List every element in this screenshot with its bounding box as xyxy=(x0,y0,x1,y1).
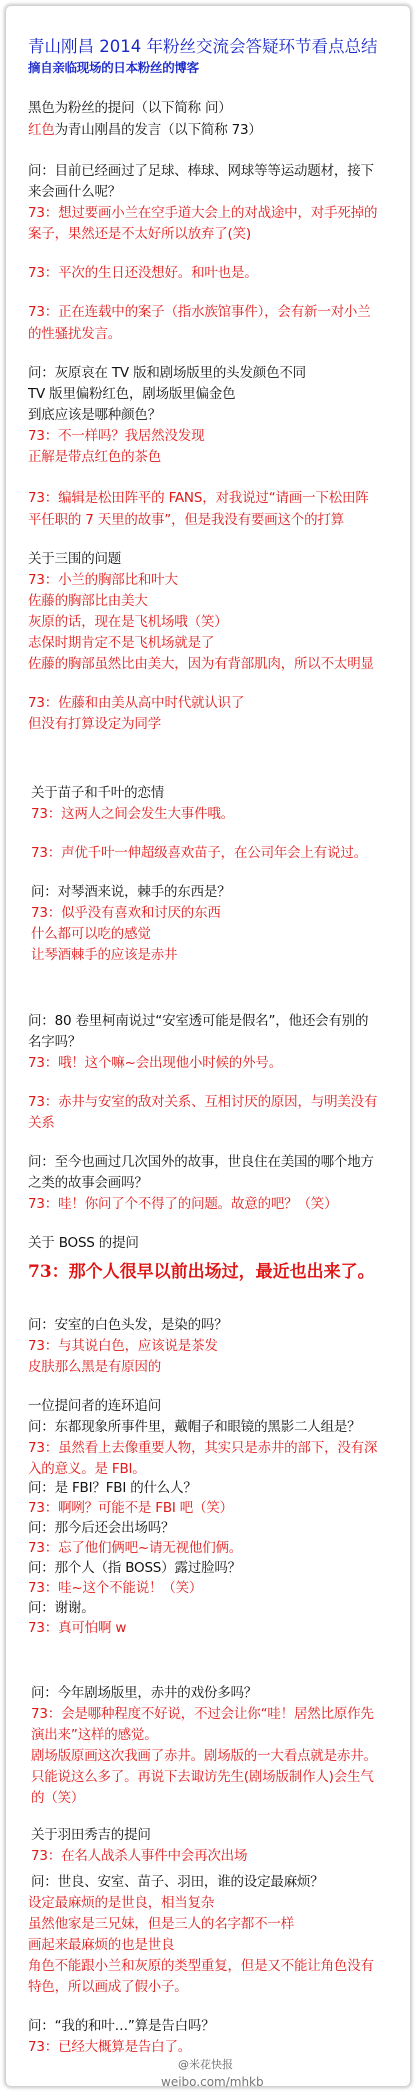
fan-question-line: 之类的故事会画吗？ xyxy=(28,1173,148,1193)
fan-question-line: 问：今年剧场版里，赤井的戏份多吗？ xyxy=(31,1683,257,1703)
fan-question-line: 问：谢谢。 xyxy=(28,1598,95,1618)
author-answer-line: 角色不能跟小兰和灰原的类型重复，但是又不能让角色没有 xyxy=(28,1956,374,1976)
fan-question-line: 问：80 卷里柯南说过“安室透可能是假名”，他还会有别的 xyxy=(28,1011,368,1031)
fan-question-line: 问：那今后还会出场吗？ xyxy=(28,1518,174,1538)
author-answer-line: 73：在名人战杀人事件中会再次出场 xyxy=(31,1846,247,1866)
author-answer-line: 画起来最麻烦的也是世良 xyxy=(28,1935,174,1955)
fan-question-line: 问：“我的和叶…”算是告白吗？ xyxy=(28,2016,215,2036)
legend-red-desc: 为青山刚昌的发言（以下简称 73） xyxy=(55,122,262,138)
author-answer-line: 73：平次的生日还没想好。和叶也是。 xyxy=(28,263,258,283)
author-answer-line: 73：哦！这个嘛~会出现他小时候的外号。 xyxy=(28,1053,282,1073)
fan-question-line: 问：那个人（指 BOSS）露过脸吗？ xyxy=(28,1558,241,1578)
fan-question-line: 名字吗？ xyxy=(28,1032,81,1052)
author-answer-line: 73：真可怕啊 w xyxy=(28,1618,126,1638)
author-answer-line: 入的意义。是 FBI。 xyxy=(28,1459,146,1479)
legend-red-label: 红色 xyxy=(28,122,55,138)
author-answer-line: 73：似乎没有喜欢和讨厌的东西 xyxy=(31,903,221,923)
author-answer-line: 73：正在连载中的案子（指水族馆事件），会有新一对小兰 xyxy=(28,302,371,322)
author-answer-line: 剧场版原画这次我画了赤井。剧场版的一大看点就是赤井。 xyxy=(31,1746,377,1766)
author-answer-line: 只能说这么多了。再说下去诹访先生(剧场版制作人)会生气 xyxy=(31,1767,374,1787)
fan-question-line: 问：是 FBI？FBI 的什么人？ xyxy=(28,1478,197,1498)
author-answer-line: 平任职的 7 天里的故事”，但是我没有要画这个的打算 xyxy=(28,510,344,530)
author-answer-line: 演出来”这样的感觉。 xyxy=(31,1725,158,1745)
fan-question-line: 来会画什么呢？ xyxy=(28,182,121,202)
author-answer-line: 皮肤那么黑是有原因的 xyxy=(28,1357,161,1377)
author-answer-line: 73：哇！你问了个不得了的问题。故意的吧？（笑） xyxy=(28,1194,337,1214)
fan-question-line: 关于 BOSS 的提问 xyxy=(28,1233,139,1253)
author-answer-line: 73：声优千叶一伸超级喜欢苗子，在公司年会上有说过。 xyxy=(31,843,367,863)
legend-red: 红色为青山刚昌的发言（以下简称 73） xyxy=(28,120,262,140)
watermark-handle: @米花快报 xyxy=(178,2056,233,2072)
author-answer-line: 灰原的话，现在是飞机场哦（笑） xyxy=(28,612,228,632)
fan-question-line: 问：东都现象所事件里，戴帽子和眼镜的黑影二人组是？ xyxy=(28,1417,361,1437)
author-answer-line: 73：已经大概算是告白了。 xyxy=(28,2037,191,2057)
author-answer-line: 73：想过要画小兰在空手道大会上的对战途中，对手死掉的 xyxy=(28,203,377,223)
author-answer-line: 案子，果然还是不太好所以放弃了(笑) xyxy=(28,224,251,244)
author-answer-line: 73：啊咧？可能不是 FBI 吧（笑） xyxy=(28,1498,233,1518)
author-answer-line: 让琴酒棘手的应该是赤井 xyxy=(31,945,177,965)
watermark-url: weibo.com/mhkb xyxy=(161,2075,264,2089)
fan-question-line: 问：世良、安室、苗子、羽田，谁的设定最麻烦？ xyxy=(31,1872,324,1892)
author-answer-line: 73：哇~这个不能说！（笑） xyxy=(28,1578,202,1598)
fan-question-line: 关于羽田秀吉的提问 xyxy=(31,1825,151,1845)
author-answer-line: 73：编辑是松田阵平的 FANS，对我说过“请画一下松田阵 xyxy=(28,488,369,508)
author-answer-line: 特色，所以画成了假小子。 xyxy=(28,1977,188,1997)
author-answer-line: 73：会是哪种程度不好说，不过会让你“哇！居然比原作先 xyxy=(31,1704,374,1724)
page-subtitle: 摘自亲临现场的日本粉丝的博客 xyxy=(28,59,199,77)
author-answer-line: 但没有打算设定为同学 xyxy=(28,714,161,734)
fan-question-line: 关于三围的问题 xyxy=(28,549,121,569)
author-answer-line: 73：这两人之间会发生大事件哦。 xyxy=(31,804,234,824)
author-answer-line: 虽然他家是三兄妹，但是三人的名字都不一样 xyxy=(28,1914,294,1934)
author-answer-line: 的性骚扰发言。 xyxy=(28,324,121,344)
fan-question-line: 问：至今也画过几次国外的故事，世良住在美国的哪个地方 xyxy=(28,1152,374,1172)
author-answer-line: 的（笑） xyxy=(31,1788,84,1808)
author-answer-line: 73：小兰的胸部比和叶大 xyxy=(28,570,178,590)
author-answer-line: 73：那个人很早以前出场过，最近也出来了。 xyxy=(28,1262,375,1282)
fan-question-line: TV 版里偏粉红色，剧场版里偏金色 xyxy=(28,384,235,404)
legend-black: 黑色为粉丝的提问（以下简称 问） xyxy=(28,98,232,118)
author-answer-line: 73：赤井与安室的敌对关系、互相讨厌的原因，与明美没有 xyxy=(28,1092,377,1112)
author-answer-line: 73：佐藤和由美从高中时代就认识了 xyxy=(28,693,244,713)
fan-question-line: 一位提问者的连环追问 xyxy=(28,1396,161,1416)
author-answer-line: 什么都可以吃的感觉 xyxy=(31,924,151,944)
page-title: 青山刚昌 2014 年粉丝交流会答疑环节看点总结 xyxy=(28,36,377,58)
fan-question-line: 问：对琴酒来说，棘手的东西是？ xyxy=(31,882,231,902)
fan-question-line: 问：灰原哀在 TV 版和剧场版里的头发颜色不同 xyxy=(28,363,306,383)
fan-question-line: 到底应该是哪种颜色？ xyxy=(28,405,161,425)
author-answer-line: 73：虽然看上去像重要人物，其实只是赤井的部下，没有深 xyxy=(28,1438,377,1458)
author-answer-line: 关系 xyxy=(28,1113,55,1133)
fan-question-line: 关于苗子和千叶的恋情 xyxy=(31,783,164,803)
author-answer-line: 73：不一样吗？我居然没发现 xyxy=(28,426,204,446)
fan-question-line: 问：安室的白色头发，是染的吗？ xyxy=(28,1315,228,1335)
author-answer-line: 73：与其说白色，应该说是茶发 xyxy=(28,1336,218,1356)
author-answer-line: 正解是带点红色的茶色 xyxy=(28,447,161,467)
author-answer-line: 佐藤的胸部比由美大 xyxy=(28,591,148,611)
author-answer-line: 73：忘了他们俩吧~请无视他们俩。 xyxy=(28,1538,242,1558)
fan-question-line: 问：目前已经画过了足球、棒球、网球等等运动题材，接下 xyxy=(28,161,374,181)
author-answer-line: 佐藤的胸部虽然比由美大，因为有背部肌肉，所以不太明显 xyxy=(28,654,374,674)
author-answer-line: 志保时期肯定不是飞机场就是了 xyxy=(28,633,214,653)
author-answer-line: 设定最麻烦的是世良，相当复杂 xyxy=(28,1893,214,1913)
